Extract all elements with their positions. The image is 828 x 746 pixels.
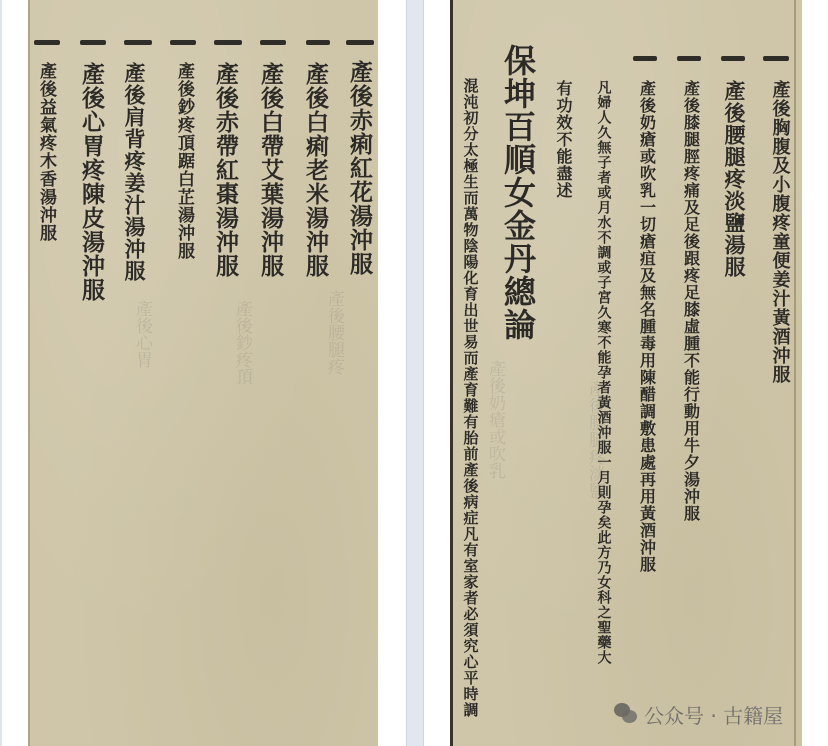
watermark: 公众号 · 古籍屋 — [614, 699, 783, 729]
page-divider — [406, 0, 424, 746]
bleed-through-text: 產後鈔疼頂 — [230, 300, 255, 385]
entry-text: 產後膝腿脛疼痛及足後跟疼足膝虛腫不能行動用牛夕湯沖服 — [681, 80, 700, 522]
entry-marker — [34, 40, 60, 45]
section-title: 保坤百順女金丹總論 — [501, 44, 534, 341]
entry-marker — [633, 56, 657, 61]
left-edge-strip — [0, 0, 2, 746]
entry-text: 產後益氣疼木香湯沖服 — [36, 62, 56, 242]
entry-text: 產後心胃疼陳皮湯沖服 — [80, 62, 103, 302]
entry-text: 產後白帶艾葉湯沖服 — [259, 62, 282, 278]
right-manuscript-page: 產後腰腿疼淡鹽 產後奶瘡或吹乳 產後胸腹及小腹疼童便姜汁黃酒沖服 產後腰腿疼淡鹽… — [450, 0, 802, 746]
entry-text: 產後胸腹及小腹疼童便姜汁黃酒沖服 — [769, 80, 790, 384]
entry-text: 產後奶瘡或吹乳一切瘡疽及無名腫毒用陳醋調敷患處再用黃酒沖服 — [637, 80, 657, 573]
credit-column: 有功效不能盡述 — [555, 80, 572, 199]
entry-text: 產後腰腿疼淡鹽湯服 — [723, 80, 745, 278]
entry-text: 產後肩背疼姜汁湯沖服 — [124, 62, 145, 282]
bleed-through-text: 產後奶瘡或吹乳 — [483, 360, 508, 479]
bleed-through-text: 產後腰腿疼 — [322, 290, 347, 375]
entry-marker — [306, 40, 330, 45]
body-column: 混沌初分太極生而萬物陰陽化育出世易而產育難有胎前產後病症凡有室家者必須究心平時調 — [461, 78, 479, 718]
left-manuscript-page: 產後腰腿疼 產後鈔疼頂 產後心胃 產後赤痢紅花湯沖服 產後白痢老米湯沖服 產後白… — [28, 0, 378, 746]
wechat-icon — [614, 703, 638, 725]
entry-marker — [721, 56, 745, 61]
entry-marker — [346, 40, 374, 45]
entry-marker — [763, 56, 789, 61]
bleed-through-text: 產後心胃 — [130, 300, 155, 368]
page-gutter-line — [794, 0, 796, 746]
entry-marker — [80, 40, 106, 45]
entry-marker — [677, 56, 701, 61]
entry-marker — [124, 40, 152, 45]
entry-marker — [214, 40, 242, 45]
entry-text: 產後赤痢紅花湯沖服 — [348, 60, 371, 276]
entry-text: 產後鈔疼頂踞白芷湯沖服 — [174, 62, 193, 260]
entry-marker — [170, 40, 196, 45]
entry-marker — [260, 40, 286, 45]
entry-text: 產後白痢老米湯沖服 — [304, 62, 327, 278]
watermark-text: 公众号 · 古籍屋 — [644, 700, 783, 729]
note-column: 凡婦人久無子者或月水不調或子宮久寒不能孕者黃酒沖服一月則孕矣此方乃女科之聖藥大 — [595, 80, 612, 665]
entry-text: 產後赤帶紅棗湯沖服 — [214, 62, 237, 278]
